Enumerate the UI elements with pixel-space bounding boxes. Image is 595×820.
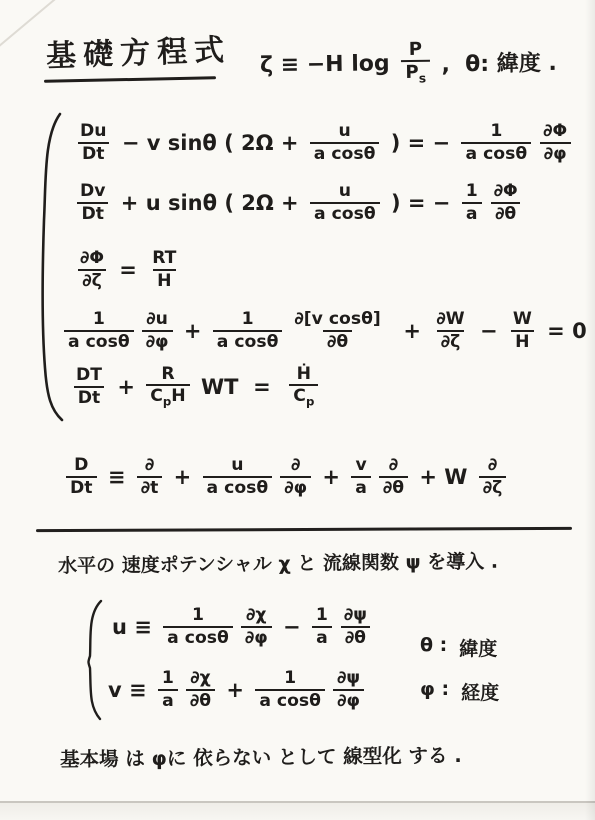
paper-bottom-shadow bbox=[0, 803, 595, 820]
curly-brace-uv-definitions bbox=[80, 598, 106, 722]
equation-u-momentum: DuDt − v sinθ ( 2Ω + ua cosθ ) = − 1a co… bbox=[72, 116, 575, 170]
equation-v-definition: v ≡ 1a∂χ∂θ + 1a cosθ∂ψ∂φ bbox=[108, 663, 368, 717]
scanned-note-page: 基礎方程式 ζ ≡ −H log PPs , θ: 緯度 . DuDt − v … bbox=[0, 0, 595, 820]
legend-longitude-meaning: 経度 bbox=[461, 678, 499, 705]
intro-sentence: 水平の 速度ポテンシャル χ と 流線関数 ψ を導入 . bbox=[58, 547, 498, 579]
equation-v-momentum: DvDt + u sinθ ( 2Ω + ua cosθ ) = − 1a∂Φ∂… bbox=[72, 176, 526, 230]
legend-latitude-meaning: 緯度 bbox=[459, 634, 497, 661]
legend-latitude-symbol: θ : bbox=[420, 634, 447, 661]
legend-latitude: θ : 緯度 bbox=[420, 634, 499, 661]
equation-thermodynamic: DTDt + RCpH WT = ḢCp bbox=[68, 360, 322, 414]
closing-sentence: 基本場 は φに 依らない として 線型化 する . bbox=[60, 740, 462, 772]
legend-longitude: φ : 経度 bbox=[420, 678, 499, 705]
curly-brace-primitive-equations bbox=[34, 110, 66, 424]
equation-material-derivative: DDt ≡ ∂∂t + ua cosθ∂∂φ + va∂∂θ + W ∂∂ζ bbox=[62, 450, 510, 504]
equation-hydrostatic: ∂Φ∂ζ = RTH bbox=[72, 243, 184, 297]
section-divider-line bbox=[36, 527, 572, 532]
equation-u-definition: u ≡ 1a cosθ∂χ∂φ − 1a∂ψ∂θ bbox=[112, 600, 375, 654]
page-title: 基礎方程式 bbox=[45, 25, 231, 75]
symbol-legend: θ : 緯度 φ : 経度 bbox=[420, 634, 499, 722]
zeta-definition-formula: ζ ≡ −H log PPs , θ: 緯度 . bbox=[260, 34, 558, 92]
equation-continuity: 1a cosθ∂u∂φ + 1a cosθ∂[v cosθ]∂θ + ∂W∂ζ … bbox=[60, 304, 595, 358]
title-underline bbox=[44, 76, 216, 83]
legend-longitude-symbol: φ : bbox=[420, 678, 449, 705]
